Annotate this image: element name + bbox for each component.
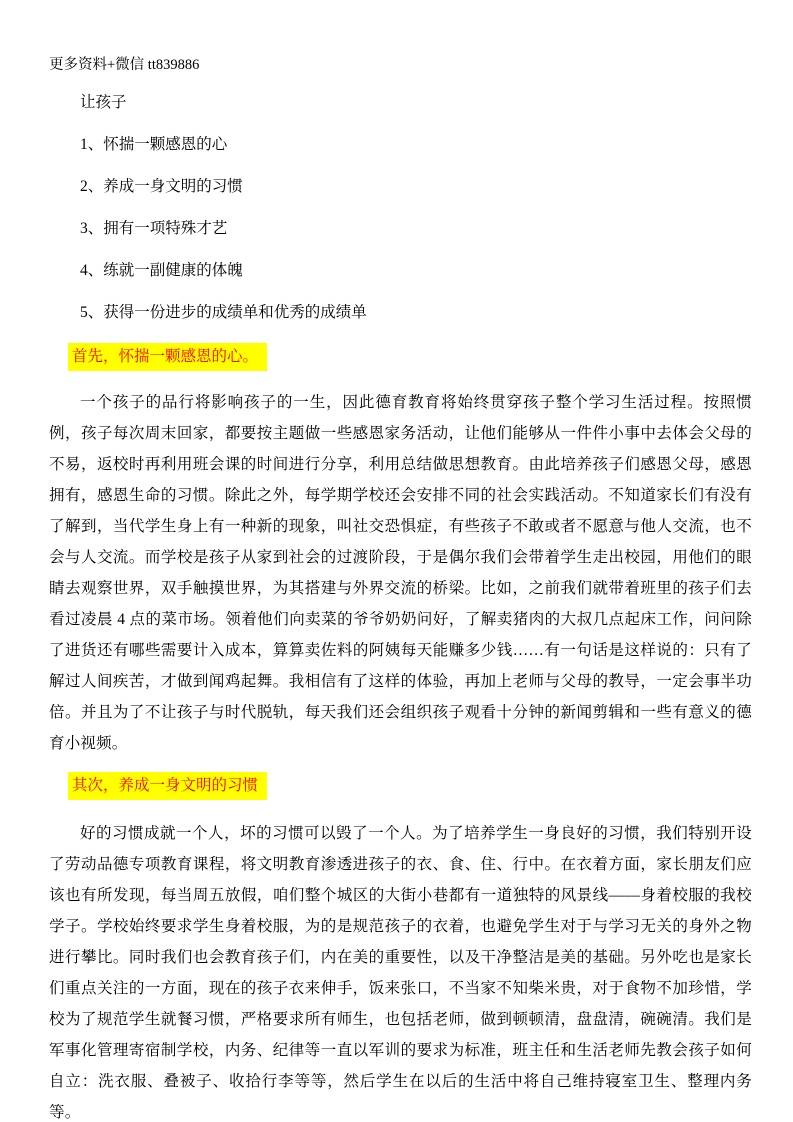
section-2-heading: 其次，养成一身文明的习惯 bbox=[68, 772, 267, 800]
list-item-1: 1、怀揣一颗感恩的心 bbox=[49, 135, 752, 155]
list-item-3: 3、拥有一项特殊才艺 bbox=[49, 219, 752, 239]
section-2-heading-row: 其次，养成一身文明的习惯 bbox=[49, 772, 752, 800]
list-item-5: 5、获得一份进步的成绩单和优秀的成绩单 bbox=[49, 303, 752, 323]
watermark-text: 更多资料+微信 tt839886 bbox=[49, 55, 752, 75]
list-item-2: 2、养成一身文明的习惯 bbox=[49, 177, 752, 197]
section-1-heading: 首先，怀揣一颗感恩的心。 bbox=[68, 343, 267, 371]
section-2-paragraph: 好的习惯成就一个人，坏的习惯可以毁了一个人。为了培养学生一身良好的习惯，我们特别… bbox=[49, 818, 752, 1122]
section-1-paragraph: 一个孩子的品行将影响孩子的一生，因此德育教育将始终贯穿孩子整个学习生活过程。按照… bbox=[49, 387, 752, 759]
section-1-heading-row: 首先，怀揣一颗感恩的心。 bbox=[49, 343, 752, 371]
document-page: 更多资料+微信 tt839886 让孩子 1、怀揣一颗感恩的心 2、养成一身文明… bbox=[0, 0, 793, 1122]
intro-line: 让孩子 bbox=[49, 93, 752, 113]
list-item-4: 4、练就一副健康的体魄 bbox=[49, 261, 752, 281]
